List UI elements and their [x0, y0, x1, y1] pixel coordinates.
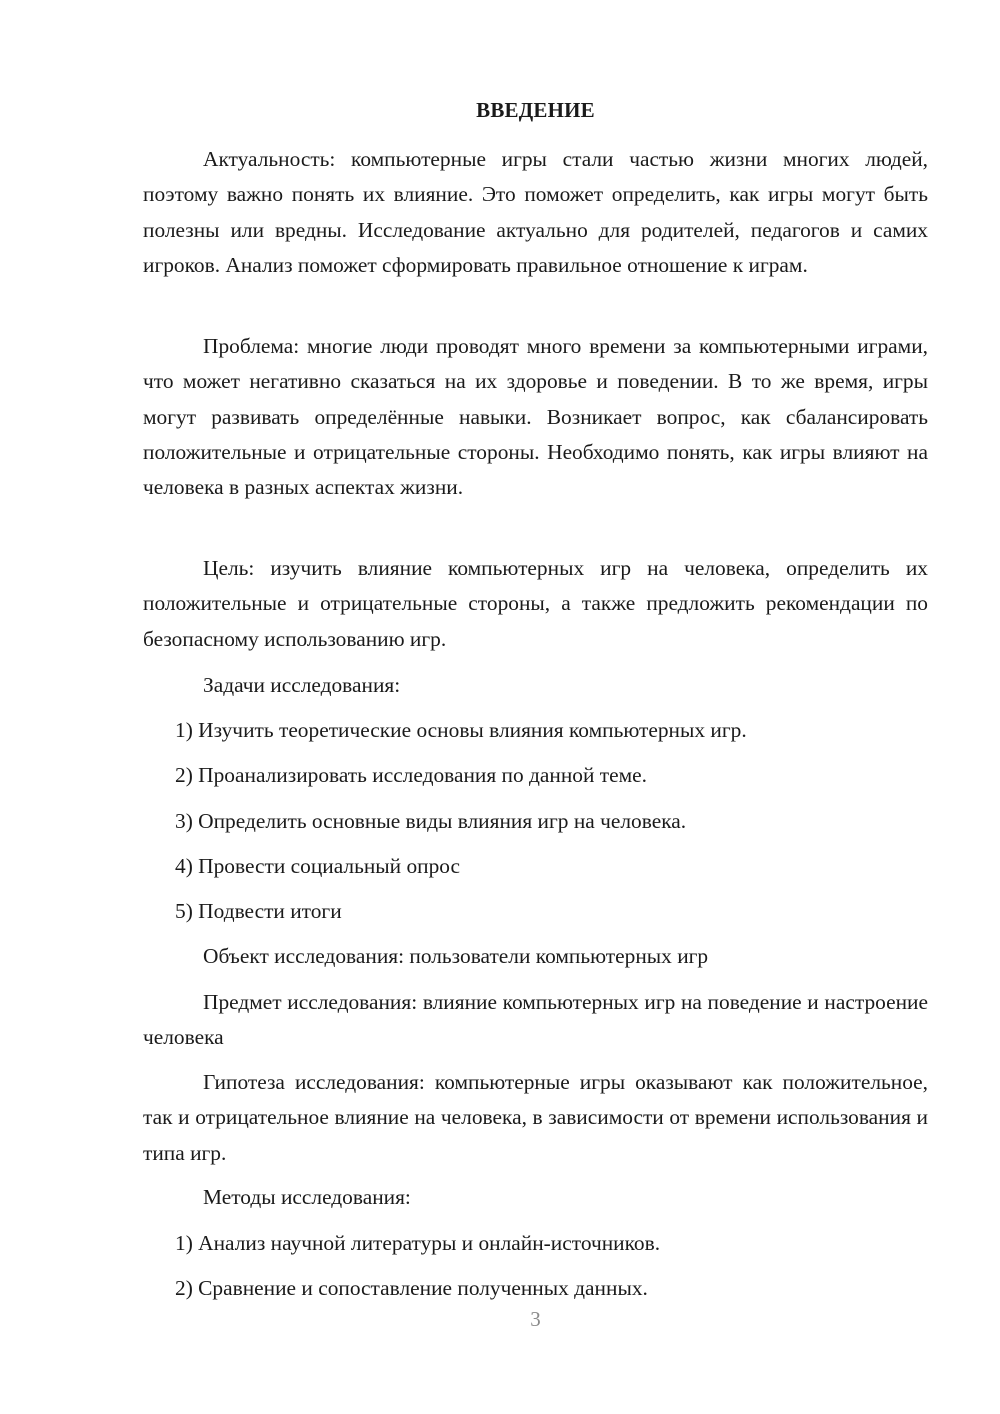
paragraph-goal: Цель: изучить влияние компьютерных игр н… [143, 551, 928, 657]
paragraph-object: Объект исследования: пользователи компью… [143, 939, 928, 974]
task-item: 5) Подвести итоги [175, 894, 928, 929]
method-item: 2) Сравнение и сопоставление полученных … [175, 1271, 928, 1306]
paragraph-subject: Предмет исследования: влияние компьютерн… [143, 985, 928, 1056]
methods-heading: Методы исследования: [143, 1180, 928, 1215]
tasks-heading: Задачи исследования: [143, 668, 928, 703]
method-item: 1) Анализ научной литературы и онлайн-ис… [175, 1226, 928, 1261]
page-number: 3 [143, 1305, 928, 1333]
paragraph-hypothesis: Гипотеза исследования: компьютерные игры… [143, 1065, 928, 1171]
task-item: 4) Провести социальный опрос [175, 849, 928, 884]
task-item: 3) Определить основные виды влияния игр … [175, 804, 928, 839]
task-item: 1) Изучить теоретические основы влияния … [175, 713, 928, 748]
section-heading: ВВЕДЕНИЕ [143, 96, 928, 124]
task-item: 2) Проанализировать исследования по данн… [175, 758, 928, 793]
paragraph-problem: Проблема: многие люди проводят много вре… [143, 329, 928, 505]
paragraph-relevance: Актуальность: компьютерные игры стали ча… [143, 142, 928, 283]
